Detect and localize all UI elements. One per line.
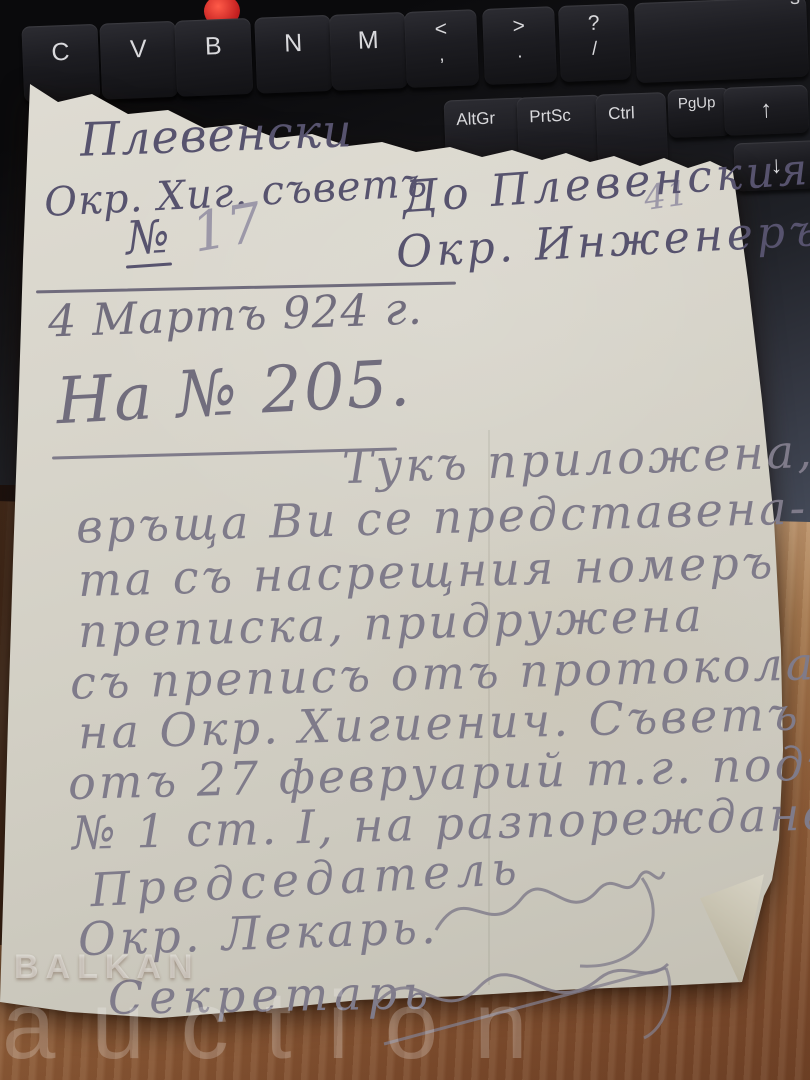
folded-corner (700, 872, 768, 986)
sender-line1: Плевенски (79, 103, 353, 166)
sender-number-label: № (125, 209, 172, 265)
sender-number-value: 17 (187, 190, 268, 264)
photo-of-document-on-desk: C V B N M < , > . ? / s AltGr PrtSc Ctrl… (0, 0, 810, 1080)
secretary-signature-scribble (368, 938, 678, 1058)
